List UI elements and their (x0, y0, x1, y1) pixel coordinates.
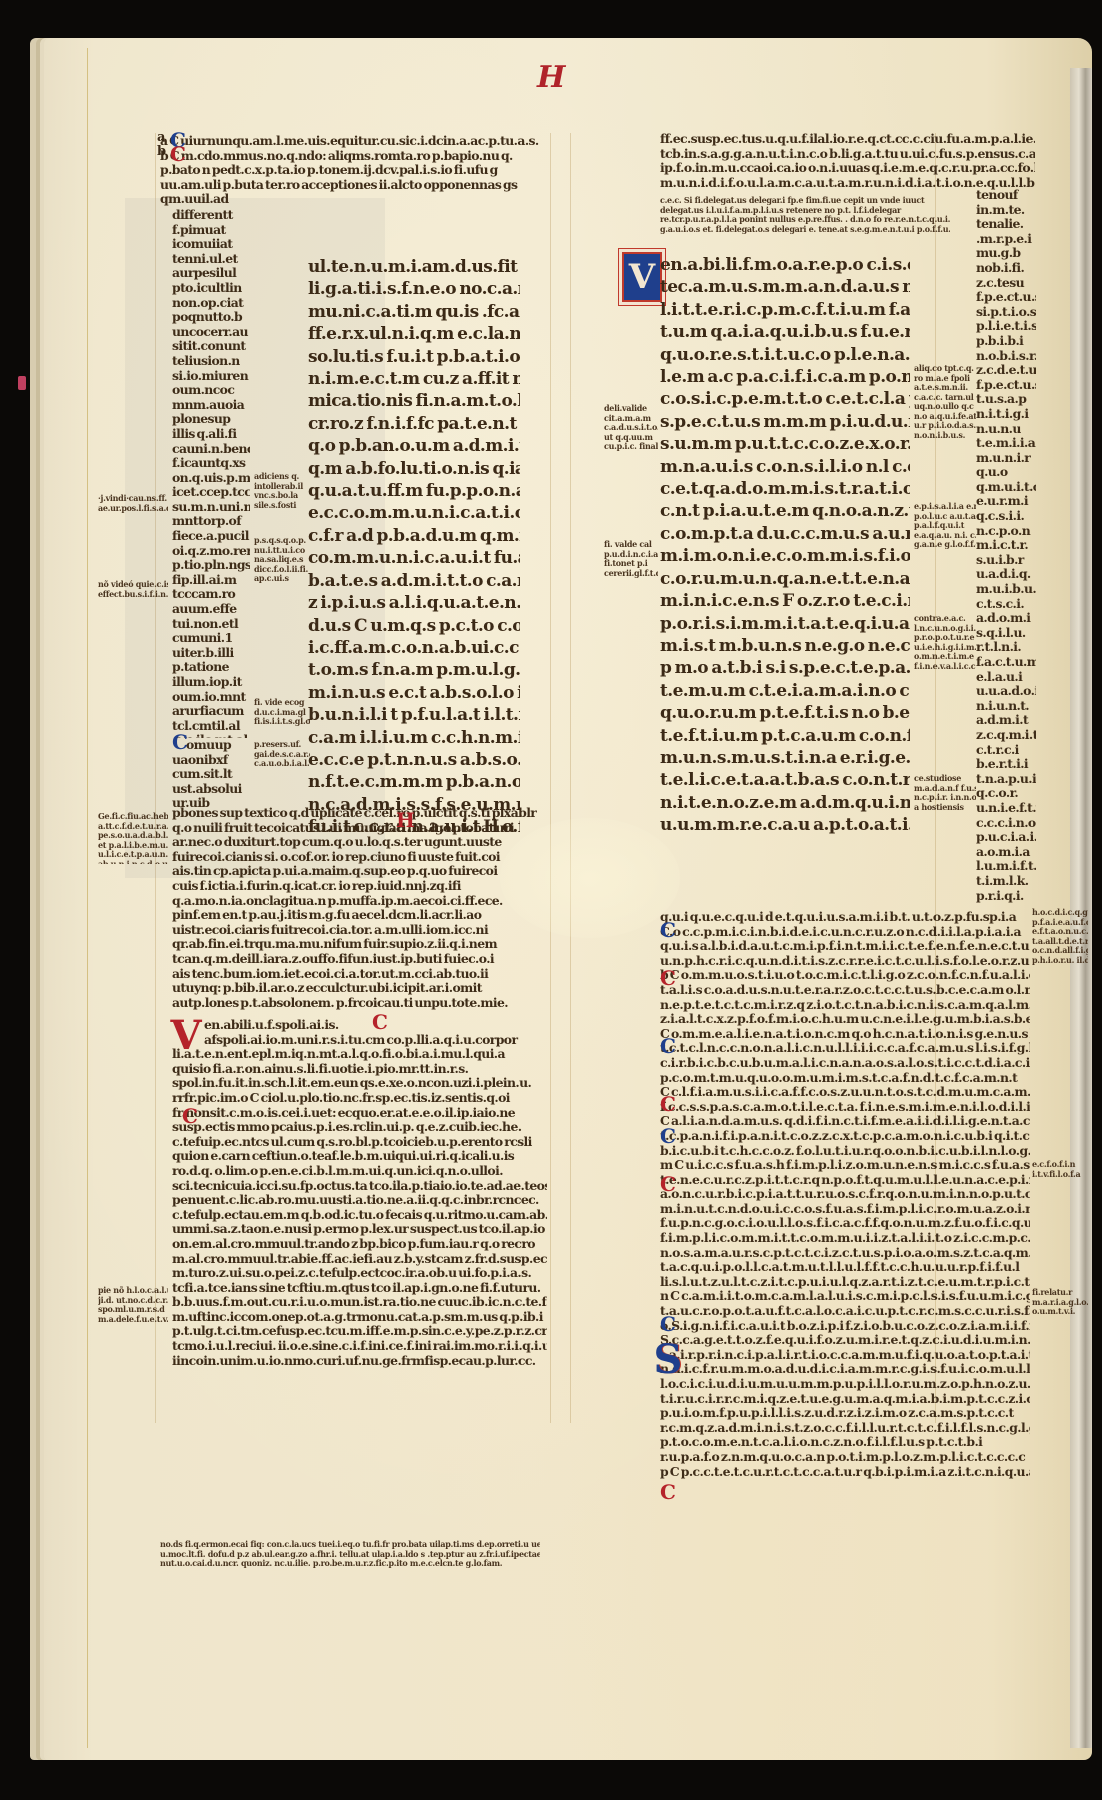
right-main-text: en.a.bi.li.f.m.o.a.r.e.p.o c.i.s.e.n.t.i… (660, 254, 910, 839)
margin-note-deli-valide: deli.valide cit.a.m.a.m c.a.d.u.s.i.t.o.… (604, 404, 658, 454)
main-text-line: co.m.m.u.n.i.c.a.u.i.t fu.a.s p.fu.l.e.t… (308, 547, 520, 569)
gloss-line: C a.l.i.a.n.d.a.m.u.s. q.d.i.f.i.n.c.t.i… (660, 1114, 1030, 1129)
gloss-line: m.u.n.i.r (976, 451, 1036, 466)
gloss-line: n C c.a.m.i.i.t.o.m.c.a.m.l.a.l.u.i.s.c.… (660, 1289, 1030, 1304)
gloss-line: tenni.ul.et (172, 252, 250, 267)
main-text-line: t.e.f.t.i.u.m p.t.c.a.u.m c.o.n.f.e.l.i.… (660, 725, 910, 747)
note-line: n.o.n.i.b.u.s. (914, 431, 976, 441)
gloss-line: illum.iop.it (172, 675, 250, 690)
gloss-line: mu.g.b (976, 246, 1036, 261)
right-gloss-narrow: tenouf in.m.te. tenalie. .m.r.p.e.i mu.g… (976, 188, 1036, 908)
main-text-line: q.u.o.r.u.m p.t.e.f.t.i.s n.o b.e.x.h.i.… (660, 702, 910, 724)
gloss-line: o.S.i.g.n.i.f.i.c.a.u.i.t b.o.z.i.p.i f.… (660, 1319, 1030, 1334)
gloss-line: c.t.r.c.i (976, 743, 1036, 758)
gloss-line: q.c.o.r. (976, 786, 1036, 801)
gloss-line: cum.sit.lt (172, 767, 250, 782)
gloss-line: b.e.r.t.i.i (976, 757, 1036, 772)
gloss-line: u.n.i.e.f.t.y (976, 801, 1036, 816)
left-gloss-lower: en.abili.u.f.spoli.ai.is. afspoli.ai.io.… (172, 1018, 547, 1368)
main-text-line: m.i.m.o.n.i.e.c.o.m.m.i.s.f.i.o n.f.c.u.… (660, 545, 910, 567)
main-text-line: s.p.e.c.t.u.s m.m.m p.i.u.d.u.m.i.z b.o.… (660, 411, 910, 433)
gloss-line: cumuni.1 (172, 631, 250, 646)
note-line: ab.u.n.i.n.c.d.o.u.m. (98, 860, 168, 865)
gloss-line: ais tenc.bum.iom.iet.ecoi.ci.a.tor.ut.m.… (172, 967, 547, 982)
gloss-line: b C m.cdo.mmus.no.q.ndo: aliqms.romta.ro… (160, 149, 540, 164)
gloss-line: p C p.c.c.t.e.t.c.u.r.t.c.t.c.c.a.t.u.r … (660, 1465, 1030, 1480)
center-main-text: ul.te.n.u.m.i.am.d.us.fit p.rc.eius no l… (308, 256, 520, 841)
gloss-line: p.bato n pedt.c.x.p.ta.io p.tonem.ij.dcv… (160, 163, 540, 178)
gloss-line: m.turo.z.ui.su.o.pei.z.c.tefulp.ectcoc.i… (172, 1266, 547, 1281)
note-line: p.h.i.o.r.u. il.d.e.f. (1032, 956, 1088, 966)
gloss-line: sitit.conunt (172, 339, 250, 354)
gloss-line: n.c.p.o.n (976, 524, 1036, 539)
note-line: g.a.n.e g.l.o.f.f.e.c (914, 540, 976, 550)
rubric-initial-h: H (396, 808, 415, 832)
gloss-line: auum.effe (172, 602, 250, 617)
gloss-line: illis q.ali.fi (172, 427, 250, 442)
gloss-line: oi.q.z.mo.rer (172, 544, 250, 559)
gloss-line: poqnutto.b (172, 310, 250, 325)
gloss-line: mnttorp.of (172, 514, 250, 529)
margin-note-ep-sfalia: e.p.i.s.a.l.i.a e.n p.o.l.u.c a.u.t.a.l.… (914, 502, 976, 552)
margin-note-p-s: p.s.q.s.q.o.p. nu.i.tt.u.i.co na.sa.liq.… (254, 536, 310, 588)
main-text-line: ff.e.r.x.ul.n.i.q.m e.c.la.n q.u.a.r.a.b (308, 323, 520, 345)
gloss-line: autp.lones p.t.absolonem. p.frcoicau.ti … (172, 996, 547, 1011)
gloss-line: z.c.tesu (976, 276, 1036, 291)
main-text-line: d.u.s C u.m.q.s p.c.t.o c.o.n.f.t.i.t.u.… (308, 615, 520, 637)
gloss-line: sci.tecnicuia.icci.su.fp.octus.ta tco.il… (172, 1179, 547, 1194)
paragraph-initial-red: C (372, 1010, 388, 1034)
gloss-line: tui.non.etl (172, 617, 250, 632)
gloss-line: b.b.uus.f.m.out.cu.r.i.u.o.mun.ist.ra.ti… (172, 1295, 547, 1310)
main-text-line: l.e.m a.c p.a.c.i.f.i.c.a.m p.o.n.e.m a.… (660, 366, 910, 388)
gloss-line: quion e.carn ceftiun.o.teaf.le.b.m.uiqui… (172, 1149, 547, 1164)
main-text-line: n.i.m.e.c.t.m cu.z a.ff.it m ccom (308, 368, 520, 390)
paragraph-initial-red: C (182, 1104, 198, 1128)
margin-note-left-2: nõ videó quie.c.is.c effect.bu.s.i.f.i.n… (98, 580, 168, 602)
note-line: f.i.n.e.v.a.l.i.c.c. (914, 662, 976, 672)
right-gloss-full: q.u.i q.u.e.c.q.u.i d e.t.q.u.i.u.s.a.m.… (660, 910, 1030, 1500)
note-line: ae.ur.pos.l.fi.s.a.q (98, 504, 168, 514)
gloss-line: icomuiiat (172, 237, 250, 252)
gloss-line: pinf.em en.t p.au.j.itis m.g.fu aecel.dc… (172, 908, 547, 923)
gloss-line: p.r.i.q.i. (976, 889, 1036, 904)
gloss-line: c.tefulp.ectau.em.m q.b.od.ic.tu.o fecai… (172, 1208, 547, 1223)
gloss-line: fr.nonsit.c.m.o.is.cei.i.uet: ecquo.er.a… (172, 1106, 547, 1121)
gloss-line: susp.ectis mmo pcaius.p.i.es.rclin.ui.p.… (172, 1120, 547, 1135)
gloss-line: rrfr.pic.im.o C ciol.u.plo.tio.nc.fr.sp.… (172, 1091, 547, 1106)
gloss-line: c.tefuip.ec.ntcs ul.cum q.s.ro.bl.p.tcoi… (172, 1135, 547, 1150)
gloss-line: z.c.d.e.t.u (976, 363, 1036, 378)
gloss-line: C.o c.c.p.m.i.c.i.n.b.i.d.e.i.c.u.n.c.r.… (660, 925, 1030, 940)
gloss-line: si.p.t.i.o.s (976, 305, 1036, 320)
margin-note-contra: contra.e.a.c. l.n.c.u.n.o.g.i.i.a.p. p.r… (914, 614, 976, 674)
gloss-line: u.a.d.i.q. (976, 567, 1036, 582)
gloss-line: spol.in.fu.it.in.sch.l.it.em.eun qs.e.xe… (172, 1076, 547, 1091)
gloss-line: li.a.t.e.n.ent.epl.m.iq.n.mt.a.l.q.o.fi.… (172, 1047, 547, 1062)
main-text-line: p m.o a.t.b.i s.i s.p.e.c.t.e.p.a.n.o.c.… (660, 657, 910, 679)
gloss-line: p.l.i.e.t.i.s (976, 319, 1036, 334)
gloss-line: n.o.b.i.s.r.f (976, 349, 1036, 364)
gloss-line: q.u.o (976, 465, 1036, 480)
main-text-line: tec.a.m.u.s.m.m.a.n.d.a.u.s n.t.c.p.h.a (660, 276, 910, 298)
paragraph-initial-red: C (170, 142, 186, 166)
gloss-line: tenalie. (976, 217, 1036, 232)
main-text-line: c.e.t.q.a.d.o.m.m.i.s.t.r.a.t.i.o.n.e.m … (660, 478, 910, 500)
gloss-line: r.u.p.a.f.o z.n.m.q.u.o.c.a.n p.o.t.i.m.… (660, 1450, 1030, 1465)
gloss-line: C c.l.f.i.a.m.u.s.i.i.c.a.f.f.c.o.s.z.u.… (660, 1085, 1030, 1100)
gloss-line: u.u.a.d.o.i (976, 684, 1036, 699)
gloss-line: uncocerr.au (172, 325, 250, 340)
note-line: g.a.u.i.o.s et. fi.delegat.o.s delegari … (660, 225, 950, 235)
paragraph-initial-blue: C (172, 730, 188, 754)
decorated-initial-v-main: V (622, 252, 662, 302)
main-text-line: q.o p.b.an.o.u.m a.d.m.i.t.t.u.n.t.u.r. … (308, 435, 520, 457)
gloss-line: n.i.u.n.t. (976, 699, 1036, 714)
note-line: fi.is.i.i.t.s.gl.o.f. (254, 717, 310, 727)
gloss-line: n.u.n.u (976, 422, 1036, 437)
gloss-line: f.c.c.s.s.p.a.s.c.a.m.o.t.i.l.e.c.t.a. f… (660, 1100, 1030, 1115)
gloss-line: t.n.a.p.u.i (976, 772, 1036, 787)
stain-pink (18, 376, 26, 390)
gloss-line: l.u.m.i.f.t.a (976, 859, 1036, 874)
gloss-line: ro.d.q. o.lim.o p.en.e.ci.b.l.m.m.ui.q.u… (172, 1164, 547, 1179)
gloss-line: iincoin.unim.u.io.nmo.curi.uf.nu.ge.frmf… (172, 1354, 547, 1368)
margin-note-fi-vide: fi. vide ecog d.u.c.i.ma.gl fi.is.i.i.t.… (254, 698, 310, 730)
gloss-line: q.m.u.i.t.c (976, 480, 1036, 495)
gloss-line: q.c.s.i.i. (976, 509, 1036, 524)
gloss-line: ff.ec.susp.ec.tus.u.q.u.f.ilal.io.r.e.q.… (660, 132, 1035, 147)
gloss-line: fuirecoi.cianis si. o.cof.or. io rep.ciu… (172, 850, 547, 865)
gloss-line: p.u.c.i.a.i.t (976, 830, 1036, 845)
main-text-line: e.c.c.o.m.m.u.n.i.c.a.t.i.o.n.u.m m.u.if… (308, 502, 520, 524)
gloss-line: r.t.l.n.i. (976, 640, 1036, 655)
gloss-line: t.i.m.l.k. (976, 874, 1036, 889)
gloss-line: e.l.a.u.i (976, 670, 1036, 685)
left-gloss-narrow: differentt f.pimuat icomuiiat tenni.ul.e… (172, 208, 250, 738)
gloss-line: a.o.m.i.a (976, 845, 1036, 860)
note-line: ap.c.ui.s (254, 574, 310, 584)
main-text-line: q.u.a.t.u.ff.m fu.p.p.o.n.a.t fc.f.fi.m.… (308, 480, 520, 502)
main-text-line: t.u.m q.a.i.a.q.u.i.b.u.s f.u.e.r.a.t s.… (660, 321, 910, 343)
gloss-line: S.c.c.a.g.e.t.t.o.z.f.e.q.u.i.f.o.z.u.m.… (660, 1333, 1030, 1348)
gloss-line: differentt (172, 208, 250, 223)
main-text-line: t.e.l.i.c.e.t.a.a.t.b.a.s c.o.n.t.r.a m.… (660, 769, 910, 791)
gloss-line: utuynq: p.bib.il.ar.o.z ecculctur.ubi.ic… (172, 981, 547, 996)
gloss-line: q.a.mo.n.ia.onclagitua.n p.muffa.ip.m.ae… (172, 894, 547, 909)
paragraph-initial-red: C (660, 966, 676, 990)
ruling-line-col2 (550, 133, 551, 1423)
gloss-line: e.u.r.m.i (976, 494, 1036, 509)
gloss-line: t.e.m.i.i.a (976, 436, 1036, 451)
paragraph-initial-blue: C (660, 1124, 676, 1148)
main-text-line: i.c.ff.a.m.c.o.n.a.b.ui.c.c.c.o.m.m.u.n.… (308, 637, 520, 659)
gloss-line: b.i.c.u.b.i t.c.h.c.c.o.z. f.o.l.u.t.i.u… (660, 1144, 1030, 1159)
main-text-line: m.i.n.i.c.e.n.s F o.z.r.o t.e.c.i.n.i.a.… (660, 590, 910, 612)
gloss-line: t.a.u.c.r.o.p.o.t.a.u.f.t.c.a.l.o.c.a.i.… (660, 1304, 1030, 1319)
gloss-line: tcmo.i.u.l.reciui. ii.o.e.sine.c.i.f.ini… (172, 1339, 547, 1354)
gloss-line: t.a.l.i.s c.o.a.d.u.s.n.u.t.e.r.a.r.z.o.… (660, 983, 1030, 998)
right-gloss-small-note: c.e.c. Si fi.delegat.us delegar.i fp.e f… (660, 196, 950, 238)
gloss-line: qr.ab.fin.ei.trqu.ma.mu.nifum fuir.supio… (172, 937, 547, 952)
gloss-line: l.o.c.i.c.i.u.d.i.u.m.u.u.m.m.p.u.p.i.l.… (660, 1377, 1030, 1392)
main-text-line: c.a.m i.l.i.u.m c.c.h.n.m.i.s u.r.c f.o.… (308, 727, 520, 749)
gloss-line: c.t.s.c.i. (976, 597, 1036, 612)
gloss-line: t.a.c.q.u.i.p.o.l.l.c.a.t.m.u.t.l.l.u.l.… (660, 1260, 1030, 1275)
main-text-line: c.f.r a.d p.b.a.d.u.m q.m.ff.e i.p.f.m c… (308, 525, 520, 547)
margin-note-left-3: Ge.fi.c.fiu.ac.heba a.tt.c.f.d.e.t.u.r.a… (98, 812, 168, 864)
gloss-line: on.em.al.cro.mmuul.tr.ando z bp.bico p.f… (172, 1237, 547, 1252)
ruling-line-left-margin (87, 48, 88, 1748)
gloss-line: ust.absolui (172, 782, 250, 797)
gloss-line: q.u.i q.u.e.c.q.u.i d e.t.q.u.i.u.s.a.m.… (660, 910, 1030, 925)
gloss-line: z.c.q.m.i.t (976, 728, 1036, 743)
gloss-line: n.d.i.c.f.r.u.m.m.o.a.d.u.d.i.c.i.a.m.m.… (660, 1362, 1030, 1377)
gloss-line: m C u.i.c.c.s f.u.a.s.h f.i.m.p.l.i.z.o.… (660, 1158, 1030, 1173)
main-text-line: b.a.t.e.s a.d.m.i.t.t.o c.a.n a.b.f.o.l.… (308, 570, 520, 592)
note-line: c.a.u.o.b.i.a.l. (254, 759, 310, 769)
main-text-line: t.o.m.s f.n.a.m p.m.u.l.g.a.t.a.m n.i.l.… (308, 659, 520, 681)
gloss-line: b C o.m.m.u.o.s.t.i.u.o t.o.c.m.i.c.t.l.… (660, 968, 1030, 983)
gloss-line: r.c.m.q.z.a.d.m.i.n.i.s.t.z.o.c.c.f.i.l.… (660, 1421, 1030, 1436)
footnote-line: nut.u.o.cai.d.u.ncr. quoniz. nc.u.ilie. … (160, 1559, 540, 1569)
gloss-line: on.q.uis.p.m (172, 471, 250, 486)
gloss-line: tcb.in.s.a.g.g.a.n.u.t.i.n.c.o b.li.g.a.… (660, 147, 1035, 162)
main-text-line: c.o.m.p.t.a d.u.c.c.m.u.s a.u.r.p.u.t.r.… (660, 523, 910, 545)
note-line: o.u.m.t.v.i. (1032, 1307, 1088, 1317)
gloss-line: uiter.b.illi (172, 646, 250, 661)
gloss-line: tenouf (976, 188, 1036, 203)
gloss-line: .m.r.p.e.i (976, 232, 1036, 247)
gloss-line: teliusion.n (172, 354, 250, 369)
main-text-line: q.m a.b.fo.lu.ti.o.n.is q.ia.m co.n.fe (308, 458, 520, 480)
gloss-line: mnm.auoia (172, 398, 250, 413)
gloss-line: cuis f.ictia.i.furin.q.icat.cr. io rep.i… (172, 879, 547, 894)
gloss-line: tcfi.a.tce.ians sine tcftiu.m.qtus tco i… (172, 1281, 547, 1296)
gloss-line: a.o.n.c.u.r.b.i.c.p.i.a.t.t.u.r.u.o.s.c.… (660, 1187, 1030, 1202)
gloss-line: c.c.c.i.n.o (976, 816, 1036, 831)
gloss-line: a.d.o.m.i (976, 611, 1036, 626)
note-line: effect.bu.s.i.f.i.n.b.c.ap (98, 590, 168, 600)
gloss-line: p.t.ulg.t.ci.tm.cefusp.ec.tcu.m.iff.e.m.… (172, 1324, 547, 1339)
gloss-line: afspoli.ai.io.m.uni.r.s.i.tu.cm co.p.lli… (172, 1033, 547, 1048)
note-line: i.t.v.fi.l.o.f.a (1032, 1170, 1088, 1180)
margin-note-left-4: pie nõ h.l.o.c.a.l.u.p.o ji.d. ut.no.c.d… (98, 1286, 168, 1328)
margin-note-p-refert: p.resers.uf. gai.de.s.c.a.r.o c.a.u.o.b.… (254, 740, 310, 772)
gloss-line: t.c.p.a.n.i.f.i.p.a.n.i.t.c.o.z.z.c.x.t.… (660, 1129, 1030, 1144)
paragraph-initial-blue: C (660, 1312, 676, 1336)
margin-note-left-1: ·j.vindi·cau.ns.ff. ae.ur.pos.l.fi.s.a.q (98, 494, 168, 516)
main-text-line: n.f.t.e.c.m.m.m p.b.a.n.o.b.u.u.u.s.q.p. (308, 771, 520, 793)
gloss-line: n.i.t.i.g.i (976, 407, 1036, 422)
folio-signature-mark: H (537, 60, 563, 95)
main-text-line: m.n.a.u.i.s c.o.n.s.i.l.i.o n.l c.o.r.u.… (660, 456, 910, 478)
gloss-line: p.b.i.b.i (976, 334, 1036, 349)
main-text-line: c.o.r.u.m.u.n.q.a.n.e.t.t.e.n.a.u.s.n.e.… (660, 568, 910, 590)
gloss-line: t.e.n.e.c.u.r.c.z.p.i.t.t.c.r.q n.p.o.f.… (660, 1173, 1030, 1188)
gloss-line: u.n.p.h.c.r.i.c.q.u.n.d.i.t.i.s.z.c.r.r.… (660, 954, 1030, 969)
main-text-line: p.o.r.i.s.i.m.m.i.t.a.t.e.q.i.u.a.t.i.s.… (660, 613, 910, 635)
margin-note-hoc-dic: h.o.c.d.i.c.q.g.l.f.a p.f.a.i.e.a.u.f.c … (1032, 908, 1088, 968)
gloss-line: cauni.n.benc (172, 442, 250, 457)
main-text-line: mu.ni.c.a.ti.m qu.is .fc.a.ff.it.i.m.r (308, 301, 520, 323)
gloss-line: su.m.n.uni.m (172, 500, 250, 515)
gloss-line: f.pimuat (172, 223, 250, 238)
gloss-line: m.u.i.b.u.i. (976, 582, 1036, 597)
main-text-line: q.u.o.r.e.s.t.i.t.u.c.o p.l.e.n.a.r.i.e … (660, 344, 910, 366)
gloss-line: m.i.c.t.r. (976, 538, 1036, 553)
main-text-line: u.u.m.m.r.e.c.a.u a.p.t.o.a.t.i.o.n.e s.… (660, 814, 910, 836)
decorated-initial-s: S (652, 1340, 684, 1380)
gloss-line: n.e.p.t.e.t.c.t.c.m.i.r.z.q z.i.o.t.c.t.… (660, 998, 1030, 1013)
main-text-line: m.u.n.s.m.u.s.t.i.n.a e.r.i.g.e.n.t.e F … (660, 747, 910, 769)
gloss-line: n.o.s.a.m.a.u.r.s.c.p.t.c.t.c.i.z.c.t.u.… (660, 1246, 1030, 1261)
main-text-line: m.i.n.u.s e.c.t a.b.s.o.l.o i.p.e.n.t.c.… (308, 682, 520, 704)
margin-note-fi-relatu: fi.relatu.r m.a.r.i.a.g.l.o.f. o.u.m.t.v… (1032, 1288, 1088, 1320)
gloss-line: icet.ccep.tcc (172, 485, 250, 500)
main-text-line: m.i.s.t m.b.u.n.s n.e.g.o n.e.c.c.s.s.i.… (660, 635, 910, 657)
note-line: cu.p.i.c. finali (604, 442, 658, 452)
gloss-line: f.p.e.ct.u.s (976, 378, 1036, 393)
main-text-line: s.u.m.m p.u.t.t.c.c.o.z.e.x.o.r.e.m e.t.… (660, 433, 910, 455)
main-text-line: cr.ro.z f.n.i.f.fc pa.t.e.n.t c.x.p.ff.u… (308, 413, 520, 435)
gloss-line: p.u.i.o.m.f.p.u.p.i.l.l.i.s.z.u.d.r.z.i.… (660, 1406, 1030, 1421)
gloss-line: a C uiurnunqu.am.l.me.uis.equitur.cu.sic… (160, 134, 540, 149)
gloss-line: f.icauntq.xs (172, 456, 250, 471)
ruling-line-col3 (570, 133, 571, 1423)
paragraph-initial-red: C (660, 1172, 676, 1196)
gloss-line: f.i.m.p.l.i.c.o.m.m.i.t.t.c.o.m.m.u.i.i.… (660, 1231, 1030, 1246)
gloss-line: aurpesilul (172, 266, 250, 281)
gloss-line: arurfiacum (172, 704, 250, 719)
gloss-line: oum.ncoc (172, 383, 250, 398)
main-text-line: so.lu.ti.s f.u.i.t p.b.a.t.i.o.m.u.i.t.c… (308, 346, 520, 368)
gloss-line: q.u.i.s a.l.b.i.d.a.u.t.c.m.i.p.f.i.n.t.… (660, 939, 1030, 954)
gloss-line: c.i.r.b.i.c.b.c.u.b.u.m.a.l.i.c.n.a.n.a.… (660, 1056, 1030, 1071)
gloss-line: ummi.sa.z.taon.e.nusi p.ermo p.lex.ur su… (172, 1222, 547, 1237)
gloss-line: p.tio.pln.ngs (172, 558, 250, 573)
note-line: sile.s.fosti (254, 501, 310, 511)
gloss-line: qm.uuil.ad (160, 192, 540, 207)
paragraph-initial-red: C (660, 1480, 676, 1504)
margin-note-adiciens: adiciens q. intollerab.il vnc.s.bo.la si… (254, 472, 310, 514)
gloss-line: pto.icultlin (172, 281, 250, 296)
gloss-line: li.s.l.u.t.z.u.l.t.c.z.i.t.c.p.u.i.u.l.q… (660, 1275, 1030, 1290)
gloss-line: fiece.a.pucil (172, 529, 250, 544)
gloss-line: tcan.q.m.deill.iara.z.ouffo.fifun.iust.i… (172, 952, 547, 967)
gloss-marker-b: b (157, 144, 166, 159)
gloss-line: tcccam.ro (172, 587, 250, 602)
paragraph-initial-blue: C (660, 1034, 676, 1058)
gloss-line: p.c.o.m.t.m.u.q.u.o.o.m.u.m.i.m.s.t.c.a.… (660, 1071, 1030, 1086)
gloss-line: p.t.o.c.o.m.e.n.t.c.a.l.i.o.n.c.z.n.o.f.… (660, 1435, 1030, 1450)
right-gloss-top: ff.ec.susp.ec.tus.u.q.u.f.ilal.io.r.e.q.… (660, 132, 1035, 192)
background-bottom (0, 1762, 1102, 1800)
gloss-line: plonesup (172, 412, 250, 427)
main-text-line: z i.p.i.u.s a.l.i.q.u.a.t.e.n.u.s a.u.d.… (308, 592, 520, 614)
margin-note-fi-valde: fi. valde cal p.u.d.i.n.c.i.a.l.l fi.ton… (604, 540, 658, 580)
gloss-line: t.c.t.c.l.n.c.c.n.o.n.a.l.i.c.n.u.l.l.i.… (660, 1041, 1030, 1056)
main-text-line: mica.tio.nis fi.n.a.m.t.o.ll.e.r.a.bi.le (308, 390, 520, 412)
gloss-line: uistr.ecoi.ciaris fuitrecoi.cia.tor. a.m… (172, 923, 547, 938)
gloss-line: ip.f.o.in.m.u.ccaoi.ca.io o.n.i.uuas q.i… (660, 161, 1035, 176)
gloss-line: f.p.e.ct.u.s (976, 290, 1036, 305)
gloss-line: uu.am.uli p.buta ter.ro acceptiones ii.a… (160, 178, 540, 193)
main-text-line: n.i.t.e.n.o.z.e.m a.d.m.q.u.i.n.t.i.n.c.… (660, 792, 910, 814)
main-text-line: e.c.c.e p.t.n.n.u.s a.b.s.o.l.u.e.n.d.u.… (308, 749, 520, 771)
note-line: m.a.dele.f.u.e.t.v.j. (98, 1315, 168, 1325)
main-text-line: c.n.t p.i.a.u.t.e.m q.n.o.a.n.z.u.m.i.t.… (660, 500, 910, 522)
gloss-line: quisio fi.a.r.on.ainu.s.li.fi.uotie.i.pi… (172, 1062, 547, 1077)
gloss-line: s.q.i.l.u. (976, 626, 1036, 641)
gloss-line: p.tatione (172, 660, 250, 675)
gloss-line: a.d.m.i.t (976, 713, 1036, 728)
gloss-line: ais.tin cp.apicta p.ui.a.maim.q.sup.eo p… (172, 864, 547, 879)
gloss-line: t.u.s.a.p (976, 392, 1036, 407)
main-text-line: b.u.n.i.l.i t p.f.u.l.a.t i.l.t.m.o.m c.… (308, 704, 520, 726)
gloss-line: penuent.c.lic.ab.ro.mu.uusti.a.tio.ne.a.… (172, 1193, 547, 1208)
main-text-line: en.a.bi.li.f.m.o.a.r.e.p.o c.i.s.e.n.t.i… (660, 254, 910, 276)
gloss-line: s.u.i.b.r (976, 553, 1036, 568)
gloss-line: t.a.i.r.p.r.i.n.c.i.p.a.l.i.r.t.i.o.c.c.… (660, 1348, 1030, 1363)
gloss-line: m.uftinc.iccom.onep.ot.a.g.trmonu.cat.a.… (172, 1310, 547, 1325)
gloss-line: in.m.te. (976, 203, 1036, 218)
gloss-line: uaonibxf (172, 753, 250, 768)
gloss-marker-a: a (157, 130, 165, 145)
margin-note-ec-fi: e.c.f.o.f.i.n i.t.v.fi.l.o.f.a (1032, 1160, 1088, 1182)
gloss-line: f.a.c.t.u.m (976, 655, 1036, 670)
main-text-line: l.i.t.t.e.r.i.c.p.m.c.f.t.i.u.m f.a.c.e.… (660, 299, 910, 321)
gloss-line: si.io.miuren (172, 369, 250, 384)
margin-note-aliq-co: aliq.co tpt.c.q. ro m.a.e fpoli a.t.e.s.… (914, 364, 976, 442)
main-text-line: t.e.m.u.m c.t.e.i.a.m.a.i.n.o c.i.s.e.n.… (660, 680, 910, 702)
gloss-line: non.op.ciat (172, 296, 250, 311)
gloss-line: nob.i.fi. (976, 261, 1036, 276)
note-line: a hostiensis (914, 803, 976, 813)
left-gloss-top: a C uiurnunqu.am.l.me.uis.equitur.cu.sic… (160, 134, 540, 214)
gloss-line: t.i.r.u.c.i.r.r.c.m.i.q.z.e.t.u.e.g.u.m.… (660, 1392, 1030, 1407)
gloss-line: m.i.n.u.t.c.n.d.o.u.i.c.c.o.s.f.u.a.s.f.… (660, 1202, 1030, 1217)
paragraph-initial-red: C (660, 1092, 676, 1116)
main-text-line: li.g.a.ti.i.s.f.n.e.o no.c.a.n e.u.m e.x… (308, 278, 520, 300)
bottom-footnote: no.ds fi.q.ermon.ecai fiq: con.c.la.ucs … (160, 1540, 540, 1576)
gloss-line: fip.ill.ai.m (172, 573, 250, 588)
gloss-line: m.al.cro.mmuul.tr.abie.ff.ac.iefi.au z.b… (172, 1252, 547, 1267)
gloss-line: z.i.a.l.t.c.x.z.p.f.o.f.m.i.o.c.h.u.m u.… (660, 1012, 1030, 1027)
main-text-line: c.o.s.i.c.p.e.m.t.t.o c.e.t.c.l.a p.t.o.… (660, 388, 910, 410)
paragraph-initial-blue: C (660, 918, 676, 942)
gloss-line: en.abili.u.f.spoli.ai.is. (172, 1018, 547, 1033)
note-line: cererii.gl.f.t.d (604, 569, 658, 579)
margin-note-ce-studiose: ce.studiose m.a.d.a.n.f f.u.s n.c.p.i.r.… (914, 774, 976, 814)
main-text-line: ul.te.n.u.m.i.am.d.us.fit p.rc.eius no (308, 256, 520, 278)
gloss-line: C o.m.m.e.a.l.i.e.n.a.t.i.o.n.c.m q.o h.… (660, 1027, 1030, 1042)
gloss-line: oum.io.mnt (172, 690, 250, 705)
gloss-line: f.u.p.n.c.g.o.c.i.o.u.l.l.o.s.f.i.c.a.c.… (660, 1216, 1030, 1231)
